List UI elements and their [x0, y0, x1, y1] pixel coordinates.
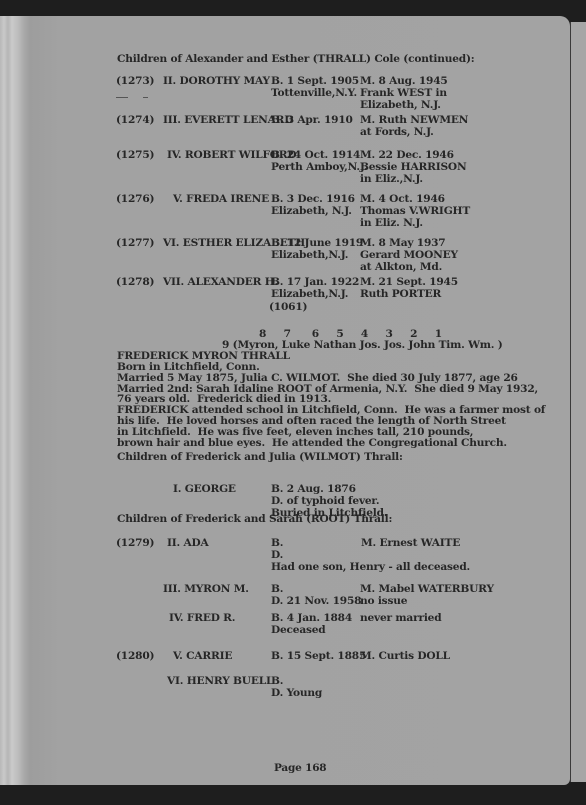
entry-number: (1278)	[116, 276, 154, 289]
marriage-info: M. Ernest WAITE	[361, 537, 460, 550]
entry-number: (1275)	[116, 149, 154, 162]
marriage-info: no issue	[360, 595, 407, 608]
child-name: II. ADA	[167, 537, 209, 550]
marriage-info: at Alkton, Md.	[360, 261, 442, 274]
marriage-info: M. Curtis DOLL	[360, 650, 450, 663]
birth-info: Elizabeth, N.J.	[271, 205, 352, 218]
marriage-info: at Fords, N.J.	[360, 126, 434, 139]
birth-info: B. 15 Sept. 1885	[271, 650, 366, 663]
marriage-info: never married	[360, 612, 441, 625]
child-name: IV. FRED R.	[169, 612, 235, 625]
section-heading-cole-children: Children of Alexander and Esther (THRALL…	[117, 53, 475, 66]
page-number: Page 168	[274, 762, 326, 775]
marriage-info: in Eliz.,N.J.	[360, 173, 423, 186]
reference-number: (1061)	[269, 301, 307, 314]
birth-info: Elizabeth,N.J.	[271, 288, 348, 301]
entry-number: (1280)	[116, 650, 154, 663]
birth-info: Deceased	[271, 624, 326, 637]
child-name: I. GEORGE	[173, 483, 236, 496]
birth-info: Tottenville,N.Y.	[271, 87, 357, 100]
marriage-info: Ruth PORTER	[360, 288, 441, 301]
entry-number: (1279)	[116, 537, 154, 550]
birth-info: B. 3 Apr. 1910	[271, 114, 353, 127]
child-name: V. FREDA IRENE	[173, 193, 269, 206]
birth-info: Had one son, Henry - all deceased.	[271, 561, 470, 574]
marriage-info: Elizabeth, N.J.	[360, 99, 441, 112]
entry-number: (1277)	[116, 237, 154, 250]
adjacent-page-edge	[570, 22, 586, 782]
child-name: II. DOROTHY MAY	[163, 75, 270, 88]
margin-mark	[116, 97, 128, 98]
marriage-info: in Eliz. N.J.	[360, 217, 423, 230]
child-name: VI. HENRY BUELL	[167, 675, 273, 688]
birth-info: D. Young	[271, 687, 322, 700]
section-heading-sarah-children: Children of Frederick and Sarah (ROOT) T…	[117, 513, 392, 526]
child-name: V. CARRIE	[173, 650, 232, 663]
margin-mark	[143, 97, 148, 98]
biography-line: brown hair and blue eyes. He attended th…	[117, 437, 507, 450]
birth-info: D. 21 Nov. 1958	[271, 595, 361, 608]
section-heading-julia-children: Children of Frederick and Julia (WILMOT)…	[117, 451, 403, 464]
birth-info: Elizabeth,N.J.	[271, 249, 348, 262]
entry-number: (1273)	[116, 75, 154, 88]
child-name: VII. ALEXANDER H.	[163, 276, 278, 289]
entry-number: (1276)	[116, 193, 154, 206]
birth-info: Perth Amboy,N.J.	[271, 161, 367, 174]
entry-number: (1274)	[116, 114, 154, 127]
child-name: III. MYRON M.	[163, 583, 249, 596]
